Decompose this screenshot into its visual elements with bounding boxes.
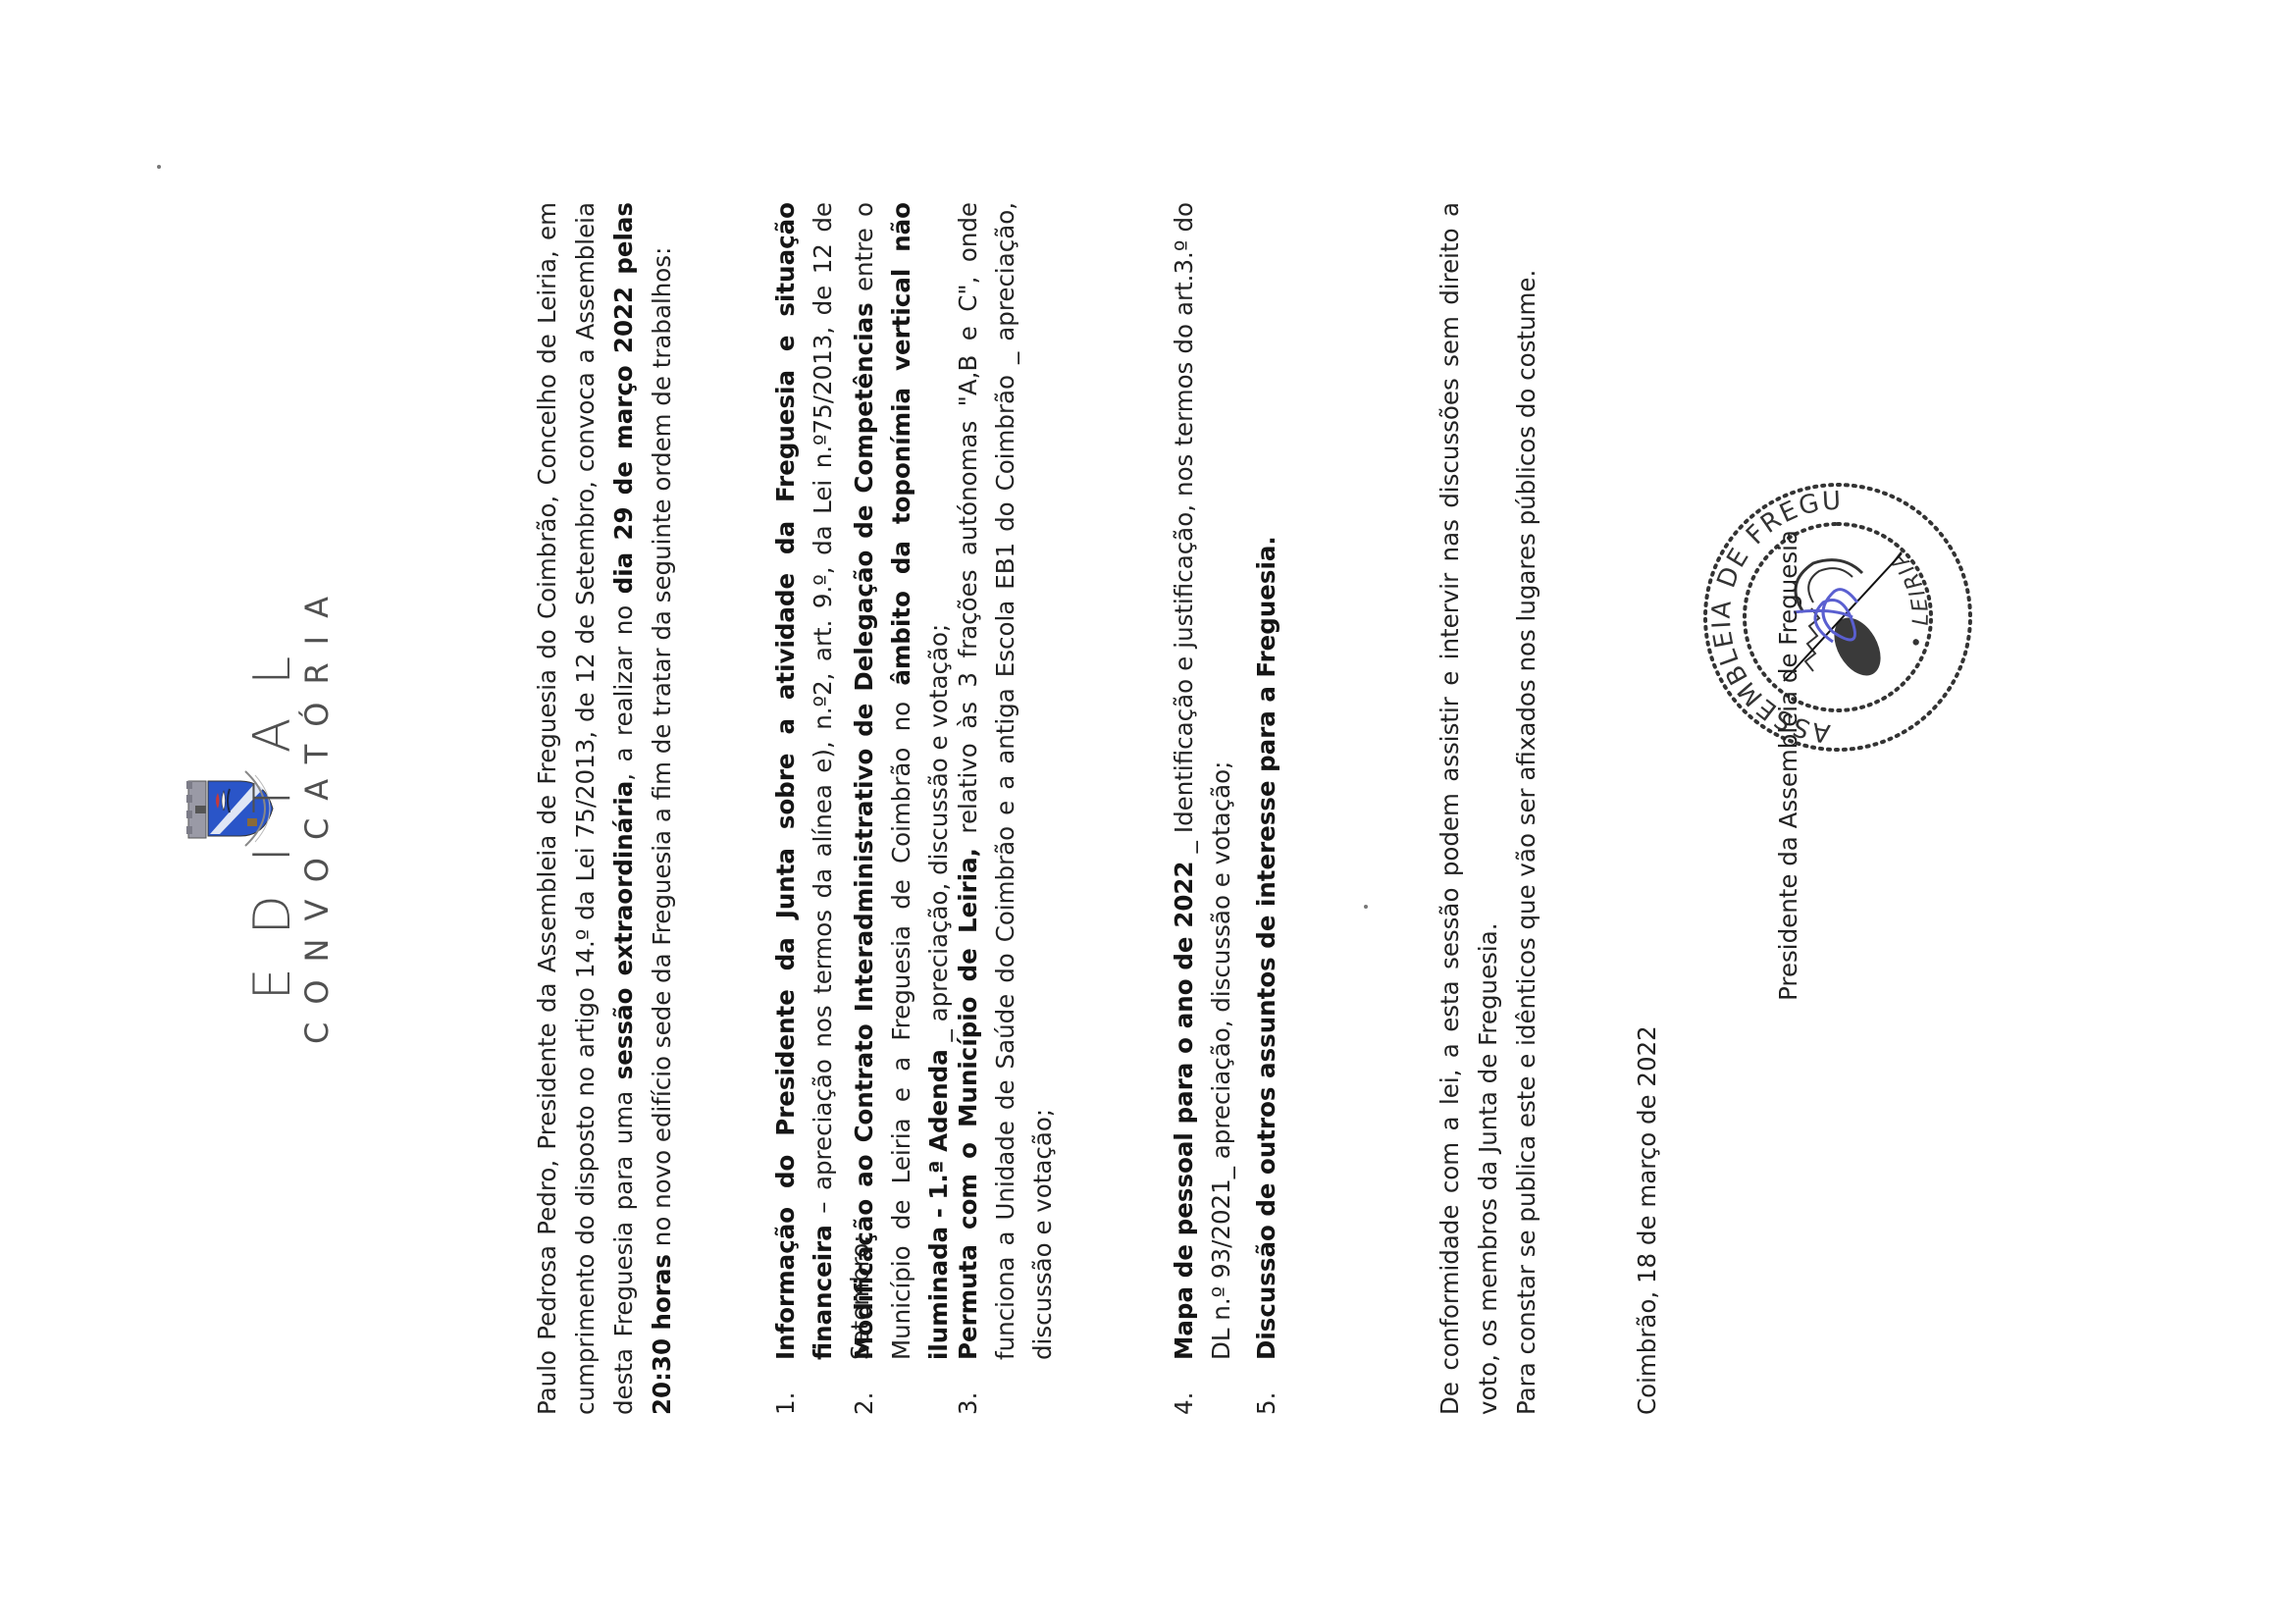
intro-text-2: , a realizar no xyxy=(609,594,638,780)
date-place: Coimbrão, 18 de março de 2022 xyxy=(1633,1025,1661,1415)
agenda-number: 3. xyxy=(950,1376,987,1415)
agenda-item-title: Mapa de pessoal para o ano de 2022 xyxy=(1170,861,1198,1360)
agenda-item: 4. Mapa de pessoal para o ano de 2022 _ … xyxy=(1166,202,1240,1415)
agenda-item-title: Discussão de outros assuntos de interess… xyxy=(1252,536,1280,1360)
agenda-number: 1. xyxy=(767,1376,805,1415)
document-subtitle: CONVOCATÓRIA xyxy=(298,0,336,1623)
signature-title: Presidente da Assembleia de Freguesia xyxy=(1774,353,1802,1178)
agenda-item: 5. Discussão de outros assuntos de inter… xyxy=(1248,202,1285,1415)
document-page: EDITAL CONVOCATÓRIA Paulo Pedrosa Pedro,… xyxy=(0,0,2296,1623)
official-stamp-icon: ASSEMBLEIA DE FREGUESIA DE COIMBRÃO • LE… xyxy=(1696,475,1980,759)
agenda-number: 4. xyxy=(1166,1376,1203,1415)
document-title: EDITAL xyxy=(243,0,302,1623)
agenda-item: 3. Permuta com o Município de Leiria, re… xyxy=(950,202,1062,1415)
agenda-number: 2. xyxy=(846,1376,883,1415)
intro-session-type: sessão extraordinária xyxy=(609,781,638,1080)
agenda-item-title: Modificação ao Contrato Interadministrat… xyxy=(850,302,878,1360)
scan-speck xyxy=(1364,905,1368,909)
closing-line-2: Para constar se publica este e idênticos… xyxy=(1507,202,1545,1415)
intro-text-3: no novo edifício sede da Freguesia a fim… xyxy=(648,247,676,1254)
intro-paragraph: Paulo Pedrosa Pedro, Presidente da Assem… xyxy=(528,202,681,1415)
scan-speck xyxy=(157,165,161,169)
agenda-item-detail-2: _ apreciação, discussão e votação; xyxy=(924,624,953,1049)
agenda-number: 5. xyxy=(1248,1376,1285,1415)
closing-line-1: De conformidade com a lei, a esta sessão… xyxy=(1431,202,1507,1415)
agenda-item: 2. Modificação ao Contrato Interadminist… xyxy=(846,202,958,1415)
agenda-item-title: Permuta com o Município de Leiria, xyxy=(954,848,982,1360)
closing-paragraph: De conformidade com a lei, a esta sessão… xyxy=(1431,202,1545,1415)
